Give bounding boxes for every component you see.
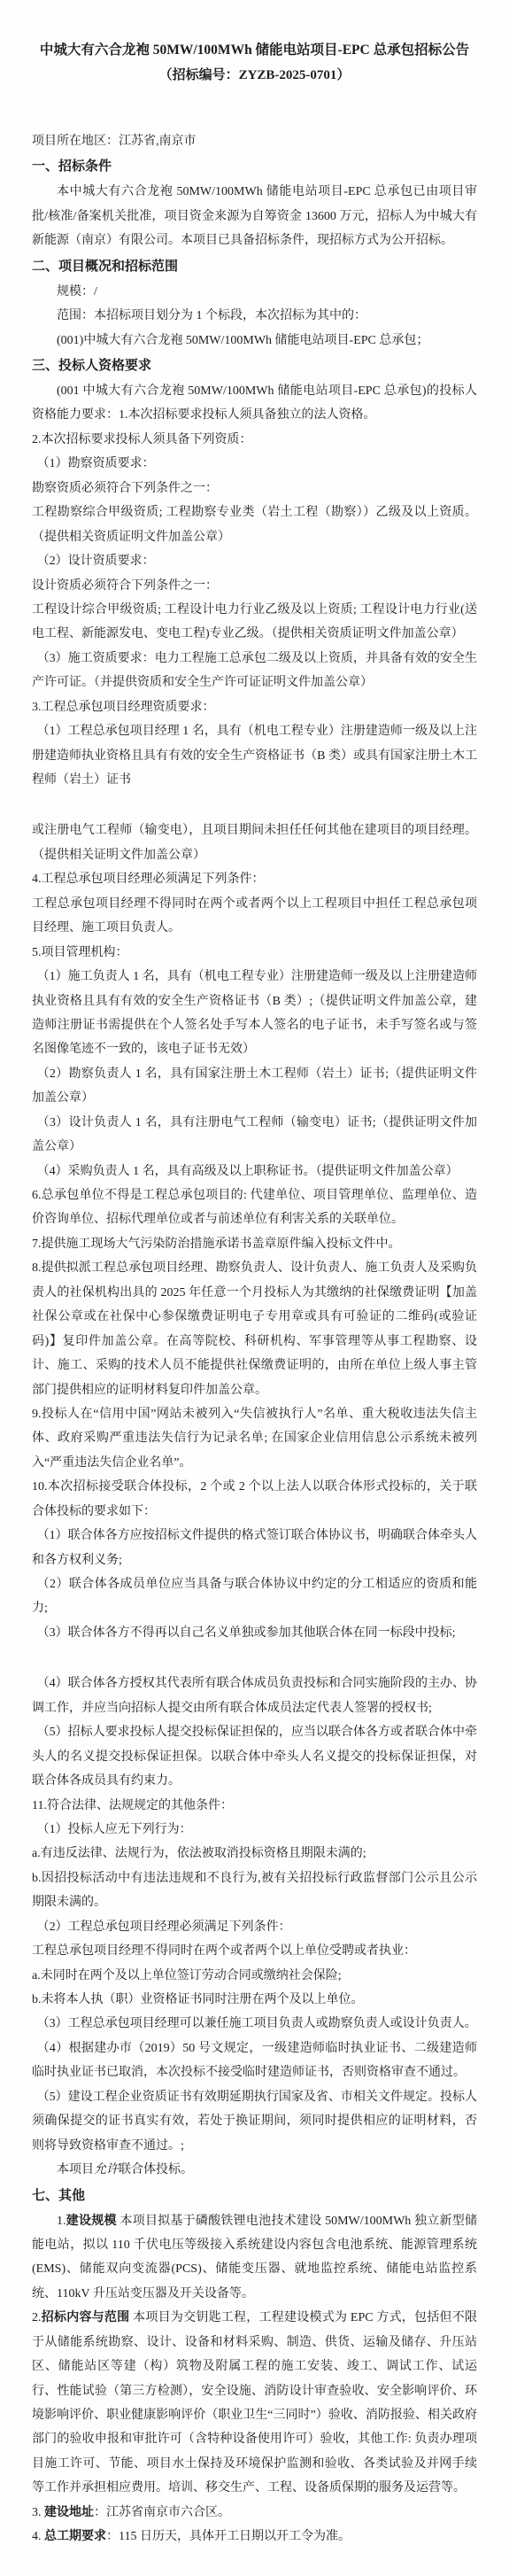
paragraph: （1）勘察资质要求： xyxy=(32,452,477,476)
paragraph: 范围：本招标项目划分为 1 个标段，本次招标为其中的： xyxy=(32,304,477,328)
paragraph: 2.本次招标要求投标人须具备下列资质： xyxy=(32,428,477,452)
paragraph: （3）设计负责人 1 名，具有注册电气工程师（输变电）证书;（提供证明文件加盖公… xyxy=(32,1111,477,1160)
page-break-gap xyxy=(32,1645,477,1672)
paragraph: （1）工程总承包项目经理 1 名，具有（机电工程专业）注册建造师一级及以上注册建… xyxy=(32,719,477,792)
section-heading: 七、其他 xyxy=(32,2183,477,2209)
text-run: 2. xyxy=(32,2311,42,2324)
paragraph: 本项目允许联合体投标。 xyxy=(32,2158,477,2182)
paragraph: 工程总承包项目经理不得同时在两个或者两个以上单位受聘或者执业： xyxy=(32,1939,477,1963)
page-break-gap xyxy=(32,792,477,819)
paragraph: 8.提供拟派工程总承包项目经理、勘察负责人、设计负责人、施工负责人及采购负责人的… xyxy=(32,1256,477,1402)
text-run: 联合体投标。 xyxy=(119,2163,193,2176)
paragraph: 11.符合法律、法规规定的其他条件： xyxy=(32,1794,477,1818)
document-body: 项目所在地区：江苏省,南京市一、招标条件本中城大有六合龙袍 50MW/100MW… xyxy=(32,129,477,2549)
text-run: 招标内容与范围 xyxy=(42,2311,130,2324)
paragraph: （4）采购负责人 1 名，具有高级及以上职称证书。（提供证明文件加盖公章） xyxy=(32,1160,477,1183)
section-heading: 二、项目概况和招标范围 xyxy=(32,253,477,280)
paragraph: （2）联合体各成员单位应当具备与联合体协议中约定的分工相适应的资质和能力; xyxy=(32,1572,477,1621)
paragraph: 工程勘察综合甲级资质; 工程勘察专业类（岩土工程（勘察））乙级及以上资质。（提供… xyxy=(32,500,477,549)
text-run: 总工期要求 xyxy=(44,2530,106,2543)
paragraph: （4）联合体各方授权其代表所有联合体成员负责投标和合同实施阶段的主办、协调工作，… xyxy=(32,1672,477,1720)
text-run: 建设规模 xyxy=(66,2215,117,2228)
document-page: 中城大有六合龙袍 50MW/100MWh 储能电站项目-EPC 总承包招标公告 … xyxy=(0,0,509,2576)
project-location-line: 项目所在地区：江苏省,南京市 xyxy=(32,129,477,153)
paragraph: 工程总承包项目经理不得同时在两个或者两个以上工程项目中担任工程总承包项目经理、施… xyxy=(32,892,477,941)
text-run: 本项目为交钥匙工程，工程建设模式为 EPC 方式，包括但不限于从储能系统勘察、设… xyxy=(32,2311,477,2495)
paragraph: （3）施工资质要求：电力工程施工总承包二级及以上资质，并具备有效的安全生产许可证… xyxy=(32,647,477,695)
section-heading: 三、投标人资格要求 xyxy=(32,353,477,379)
paragraph: （4）根据建办市（2019）50 号文规定，一级建造师临时执业证书、二级建造师临… xyxy=(32,2037,477,2085)
paragraph: （2）设计资质要求： xyxy=(32,549,477,573)
paragraph: 本中城大有六合龙袍 50MW/100MWh 储能电站项目-EPC 总承包已由项目… xyxy=(32,180,477,252)
paragraph: （1）投标人应无下列行为： xyxy=(32,1818,477,1842)
paragraph: 7.提供施工现场大气污染防治措施承诺书盖章原件编入投标文件中。 xyxy=(32,1232,477,1256)
paragraph: 3.工程总承包项目经理资质要求： xyxy=(32,695,477,719)
paragraph: （2）勘察负责人 1 名，具有国家注册土木工程师（岩土）证书;（提供证明文件加盖… xyxy=(32,1062,477,1111)
text-run: 建设地址 xyxy=(44,2506,94,2519)
paragraph: b.未将本人执（职）业资格证书同时注册在两个及以上单位。 xyxy=(32,1988,477,2012)
paragraph: (001 中城大有六合龙袍 50MW/100MWh 储能电站项目-EPC 总承包… xyxy=(32,379,477,428)
paragraph: （1）施工负责人 1 名，具有（机电工程专业）注册建造师一级及以上注册建造师执业… xyxy=(32,965,477,1062)
paragraph: a.有违反法律、法规行为，依法被取消投标资格且期限未满的; xyxy=(32,1842,477,1866)
paragraph: 6.总承包单位不得是工程总承包项目的: 代建单位、项目管理单位、监理单位、造价咨… xyxy=(32,1183,477,1232)
paragraph: 规模：/ xyxy=(32,280,477,304)
paragraph: （3）工程总承包项目经理可以兼任施工项目负责人或勘察负责人或设计负责人。 xyxy=(32,2012,477,2036)
paragraph: 设计资质必须符合下列条件之一： xyxy=(32,574,477,598)
text-run: 3. xyxy=(32,2506,44,2519)
paragraph: 勘察资质必须符合下列条件之一： xyxy=(32,477,477,500)
paragraph: 工程设计综合甲级资质; 工程设计电力行业乙级及以上资质; 工程设计电力行业(送电… xyxy=(32,598,477,647)
paragraph: a.未同时在两个及以上单位签订劳动合同或缴纳社会保险; xyxy=(32,1964,477,1988)
paragraph: 5.项目管理机构： xyxy=(32,941,477,965)
paragraph: （5）建设工程企业资质证书有效期延期执行国家及省、市相关文件规定。投标人须确保提… xyxy=(32,2085,477,2158)
paragraph: b.因招投标活动中有违法违规和不良行为,被有关招投标行政监督部门公示且公示期限未… xyxy=(32,1866,477,1915)
paragraph: 或注册电气工程师（输变电），且项目期间未担任任何其他在建项目的项目经理。（提供相… xyxy=(32,819,477,867)
text-run: 1. xyxy=(57,2215,66,2228)
text-run: ：115 日历天，具体开工日期以开工令为准。 xyxy=(106,2530,351,2543)
document-title: 中城大有六合龙袍 50MW/100MWh 储能电站项目-EPC 总承包招标公告 xyxy=(32,37,477,63)
paragraph: 4. 总工期要求：115 日历天，具体开工日期以开工令为准。 xyxy=(32,2525,477,2549)
text-run: ：江苏省南京市六合区。 xyxy=(94,2506,230,2519)
text-run: 本项目 xyxy=(57,2163,94,2176)
paragraph: 1.建设规模 本项目拟基于磷酸铁锂电池技术建设 50MW/100MWh 独立新型… xyxy=(32,2209,477,2307)
paragraph: （1）联合体各方应按招标文件提供的格式签订联合体协议书，明确联合体牵头人和各方权… xyxy=(32,1524,477,1572)
section-heading: 一、招标条件 xyxy=(32,153,477,180)
paragraph: 9.投标人在“信用中国”网站未被列入“失信被执行人”名单、重大税收违法失信主体、… xyxy=(32,1402,477,1475)
paragraph: 10.本次招标接受联合体投标，2 个或 2 个以上法人以联合体形式投标的，关于联… xyxy=(32,1475,477,1524)
paragraph: （2）工程总承包项目经理必须满足下列条件： xyxy=(32,1915,477,1939)
paragraph: 3. 建设地址：江苏省南京市六合区。 xyxy=(32,2501,477,2525)
text-run: 4. xyxy=(32,2530,44,2543)
text-run: 允许 xyxy=(94,2163,119,2176)
tender-number: （招标编号：ZYZB-2025-0701） xyxy=(32,63,477,89)
paragraph: 2.招标内容与范围 本项目为交钥匙工程，工程建设模式为 EPC 方式，包括但不限… xyxy=(32,2306,477,2501)
paragraph: 4.工程总承包项目经理必须满足下列条件： xyxy=(32,867,477,891)
paragraph: （5）招标人要求投标人提交投标保证担保的，应当以联合体各方或者联合体中牵头人的名… xyxy=(32,1720,477,1793)
paragraph: （3）联合体各方不得再以自己名义单独或参加其他联合体在同一标段中投标; xyxy=(32,1621,477,1645)
paragraph: (001)中城大有六合龙袍 50MW/100MWh 储能电站项目-EPC 总承包… xyxy=(32,329,477,353)
